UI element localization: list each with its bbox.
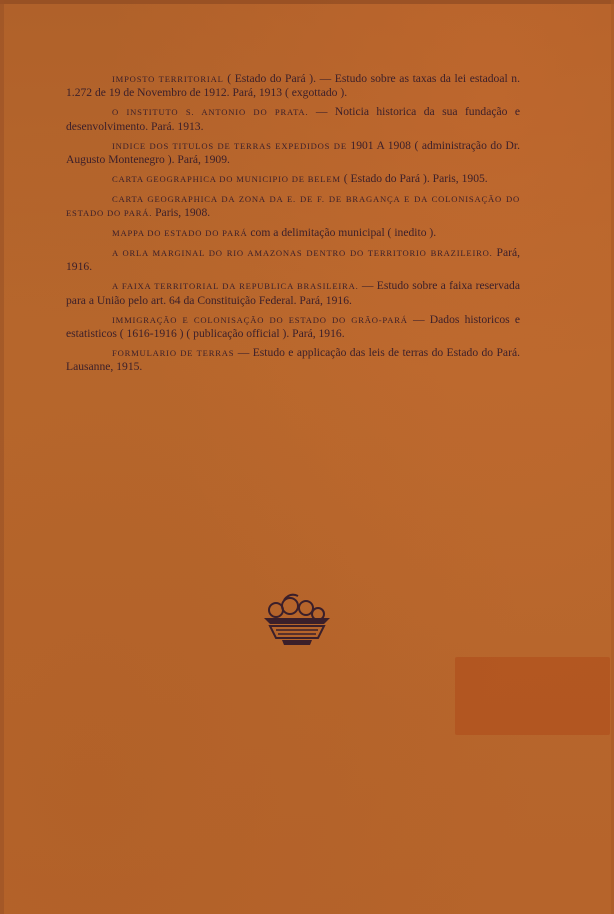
publication-entry: INDICE DOS TITULOS DE TERRAS EXPEDIDOS D…	[66, 139, 520, 167]
publication-title: INDICE DOS TITULOS DE TERRAS EXPEDIDOS D…	[112, 141, 347, 151]
publication-entry: CARTA GEOGRAPHICA DA ZONA DA E. DE F. DE…	[66, 192, 520, 221]
publication-title: A FAIXA TERRITORIAL DA REPUBLICA BRASILE…	[112, 281, 359, 291]
library-stamp-mark	[455, 657, 610, 735]
publication-title: CARTA GEOGRAPHICA DA ZONA DA E. DE F. DE…	[66, 194, 520, 218]
publication-title: A ORLA MARGINAL DO RIO AMAZONAS DENTRO D…	[112, 248, 493, 258]
publication-entry: MAPPA DO ESTADO DO PARÁ com a delimitaçã…	[66, 226, 520, 240]
publication-title: FORMULARIO DE TERRAS	[112, 348, 234, 358]
page-edge-left	[0, 0, 4, 914]
publication-entry: IMMIGRAÇÃO E COLONISAÇÃO DO ESTADO DO GR…	[66, 313, 520, 341]
publication-entry: IMPOSTO TERRITORIAL ( Estado do Pará ). …	[66, 72, 520, 100]
fruit-basket-icon	[254, 592, 340, 650]
publication-entry: A FAIXA TERRITORIAL DA REPUBLICA BRASILE…	[66, 279, 520, 307]
publication-entry: FORMULARIO DE TERRAS — Estudo e applicaç…	[66, 346, 520, 374]
publication-details: ( Estado do Pará ). Paris, 1905.	[341, 172, 488, 185]
publication-entry: CARTA GEOGRAPHICA DO MUNICIPIO DE BELEM …	[66, 172, 520, 186]
publication-title: O INSTITUTO S. ANTONIO DO PRATA.	[112, 107, 308, 117]
page-edge-top	[0, 0, 614, 4]
publication-title: IMMIGRAÇÃO E COLONISAÇÃO DO ESTADO DO GR…	[112, 315, 408, 325]
publication-title: MAPPA DO ESTADO DO PARÁ	[112, 228, 248, 238]
book-back-cover: IMPOSTO TERRITORIAL ( Estado do Pará ). …	[0, 0, 614, 914]
publication-details: com a delimitação municipal ( inedito ).	[248, 226, 437, 239]
publication-entry: A ORLA MARGINAL DO RIO AMAZONAS DENTRO D…	[66, 246, 520, 274]
publication-details: Paris, 1908.	[152, 206, 210, 219]
publication-list: IMPOSTO TERRITORIAL ( Estado do Pará ). …	[66, 72, 520, 379]
publication-title: IMPOSTO TERRITORIAL	[112, 74, 224, 84]
publication-entry: O INSTITUTO S. ANTONIO DO PRATA. — Notic…	[66, 105, 520, 133]
publication-title: CARTA GEOGRAPHICA DO MUNICIPIO DE BELEM	[112, 174, 341, 184]
